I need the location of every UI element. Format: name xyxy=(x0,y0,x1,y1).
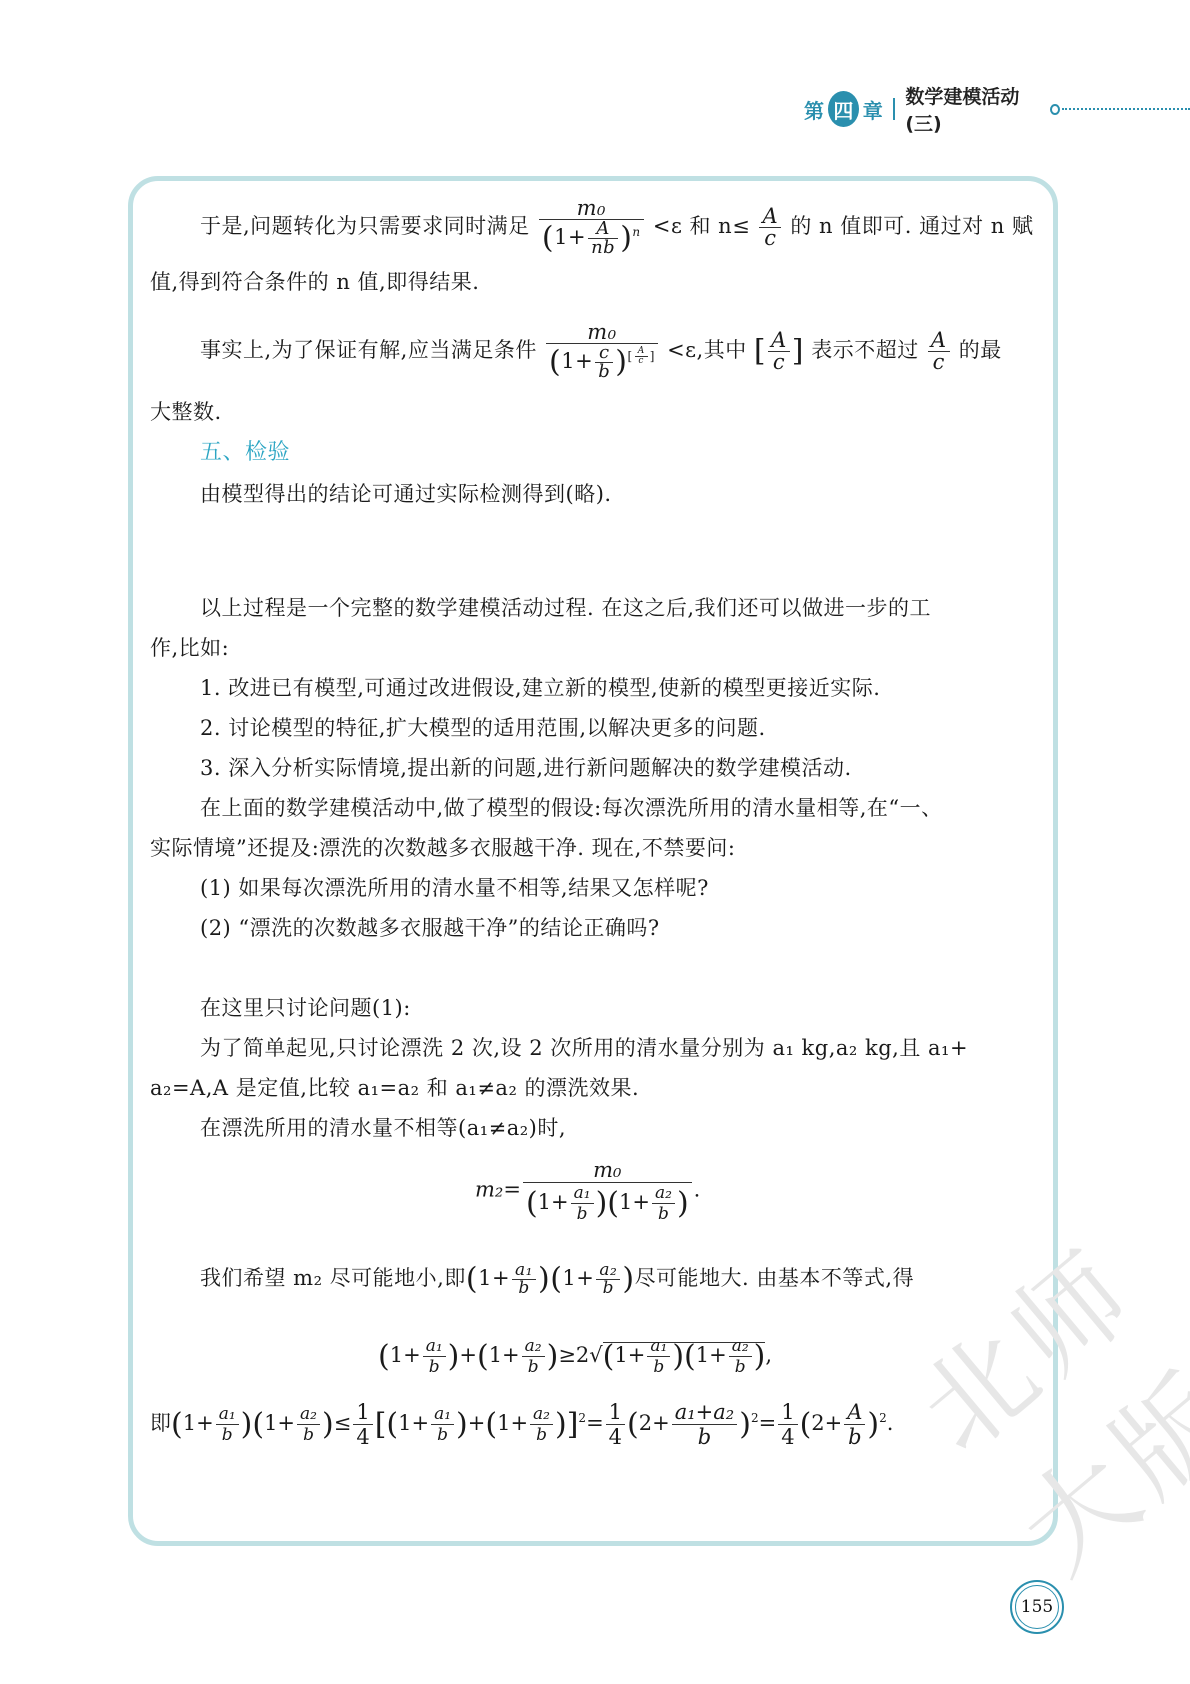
b: b xyxy=(577,1204,588,1224)
paragraph-1: 于是,问题转化为只需要求同时满足 m₀ (1+Anb)n <ε 和 n≤ A c… xyxy=(200,198,1033,257)
header-dot-icon xyxy=(1050,104,1060,115)
A: A xyxy=(931,328,947,352)
a1: a₁ xyxy=(219,1404,236,1424)
fraction-condition: m₀ (1+cb)[Ac] xyxy=(546,322,658,381)
a2: a₂ xyxy=(533,1404,550,1424)
A: A xyxy=(596,218,610,239)
paragraph-5: 在这里只讨论问题(1): xyxy=(200,998,411,1019)
page-number-badge: 155 xyxy=(1010,1580,1064,1634)
paragraph-3-line-2: 作,比如: xyxy=(150,638,229,659)
a2: a₂ xyxy=(655,1183,672,1203)
text: 即 xyxy=(150,1411,171,1435)
formula-final: 即(1+a₁b)(1+a₂b)≤14[(1+a₁b)+(1+a₂b)]2=14(… xyxy=(150,1400,893,1449)
b: b xyxy=(222,1425,233,1445)
c: c xyxy=(599,342,610,363)
paragraph-4-line-1: 在上面的数学建模活动中,做了模型的假设:每次漂洗所用的清水量相等,在“一、 xyxy=(200,798,943,819)
paragraph-6-line-2: a₂=A,A 是定值,比较 a₁=a₂ 和 a₁≠a₂ 的漂洗效果. xyxy=(150,1078,639,1099)
header-divider xyxy=(893,98,896,120)
text: 我们希望 m₂ 尽可能地小,即 xyxy=(200,1266,466,1290)
b: b xyxy=(848,1425,861,1449)
b: b xyxy=(603,1278,614,1298)
chapter-title: 数学建模活动(三) xyxy=(905,82,1034,136)
b: b xyxy=(658,1204,669,1224)
paragraph-8: 我们希望 m₂ 尽可能地小,即(1+a₁b)(1+a₂b)尽可能地大. 由基本不… xyxy=(200,1262,914,1297)
paragraph-2: 事实上,为了保证有解,应当满足条件 m₀ (1+cb)[Ac] <ε,其中 [A… xyxy=(200,322,1002,381)
b: b xyxy=(528,1357,539,1377)
b: b xyxy=(735,1357,746,1377)
a2: a₂ xyxy=(732,1336,749,1356)
n-exponent: n xyxy=(632,225,640,239)
fraction-A-over-c: Ac xyxy=(928,330,950,373)
paragraph-2-line-2: 大整数. xyxy=(150,402,222,423)
A: A xyxy=(638,346,645,356)
paragraph-7: 在漂洗所用的清水量不相等(a₁≠a₂)时, xyxy=(200,1118,566,1139)
c: c xyxy=(933,350,945,374)
m0: m₀ xyxy=(577,196,606,220)
a1: a₁ xyxy=(574,1183,591,1203)
b: b xyxy=(518,1278,529,1298)
question-item: (2) “漂洗的次数越多衣服越干净”的结论正确吗? xyxy=(200,918,660,939)
m2: m₂ xyxy=(475,1178,503,1202)
fraction-A-over-c: A c xyxy=(759,206,781,249)
paragraph-4-line-2: 实际情境”还提及:漂洗的次数越多衣服越干净. 现在,不禁要问: xyxy=(150,838,735,859)
text: 的 n 值即可. 通过对 n 赋 xyxy=(790,214,1033,238)
A: A xyxy=(762,204,778,228)
list-item: 3. 深入分析实际情境,提出新的问题,进行新问题解决的数学建模活动. xyxy=(200,758,852,779)
text: 尽可能地大. 由基本不等式,得 xyxy=(635,1266,915,1290)
a1: a₁ xyxy=(426,1336,443,1356)
text: <ε 和 n≤ xyxy=(653,214,750,238)
a1: a₁ xyxy=(515,1260,533,1280)
formula-am-gm: (1+a₁b)+(1+a₂b)≥2√(1+a₁b)(1+a₂b), xyxy=(378,1336,772,1377)
b: b xyxy=(303,1425,314,1445)
m0: m₀ xyxy=(587,320,616,344)
text: 事实上,为了保证有解,应当满足条件 xyxy=(200,338,537,362)
b: b xyxy=(698,1425,711,1449)
a2: a₂ xyxy=(599,1260,617,1280)
one: 1 xyxy=(353,1400,372,1425)
c: c xyxy=(773,350,785,374)
one: 1 xyxy=(554,225,568,249)
section-text: 由模型得出的结论可通过实际检测得到(略). xyxy=(200,484,612,505)
text: 表示不超过 xyxy=(811,338,919,362)
b: b xyxy=(653,1357,664,1377)
b: b xyxy=(598,361,610,382)
section-heading: 五、检验 xyxy=(200,442,290,464)
fraction-A-over-c: Ac xyxy=(768,330,790,373)
a1-plus-a2: a₁+a₂ xyxy=(675,1400,734,1424)
four: 4 xyxy=(353,1425,372,1449)
text: 于是,问题转化为只需要求同时满足 xyxy=(200,214,530,238)
a2: a₂ xyxy=(300,1404,317,1424)
a1: a₁ xyxy=(434,1404,451,1424)
fraction: m₀ (1+a₁b)(1+a₂b) xyxy=(523,1158,692,1224)
c: c xyxy=(764,226,776,250)
fraction-m0-over-power: m₀ (1+Anb)n xyxy=(539,198,644,257)
A: A xyxy=(771,328,787,352)
paragraph-1-line-2: 值,得到符合条件的 n 值,即得结果. xyxy=(150,272,479,293)
a1: a₁ xyxy=(650,1336,667,1356)
paragraph-6-line-1: 为了简单起见,只讨论漂洗 2 次,设 2 次所用的清水量分别为 a₁ kg,a₂… xyxy=(200,1038,968,1059)
m0: m₀ xyxy=(593,1158,621,1182)
b: b xyxy=(437,1425,448,1445)
b: b xyxy=(536,1425,547,1445)
question-item: (1) 如果每次漂洗所用的清水量不相等,结果又怎样呢? xyxy=(200,878,709,899)
formula-m2: m₂= m₀ (1+a₁b)(1+a₂b) . xyxy=(475,1158,700,1224)
A: A xyxy=(847,1400,862,1424)
b: b xyxy=(429,1357,440,1377)
c: c xyxy=(638,356,644,366)
header-dotted-line xyxy=(1062,108,1190,110)
paragraph-3-line-1: 以上过程是一个完整的数学建模活动过程. 在这之后,我们还可以做进一步的工 xyxy=(200,598,931,619)
list-item: 1. 改进已有模型,可通过改进假设,建立新的模型,使新的模型更接近实际. xyxy=(200,678,880,699)
list-item: 2. 讨论模型的特征,扩大模型的适用范围,以解决更多的问题. xyxy=(200,718,766,739)
chapter-prefix: 第 xyxy=(804,95,824,124)
a2: a₂ xyxy=(525,1336,542,1356)
nb: nb xyxy=(591,237,615,258)
page-number: 155 xyxy=(1015,1585,1059,1629)
chapter-suffix: 章 xyxy=(863,95,883,124)
chapter-number-badge: 四 xyxy=(828,91,859,127)
text: 的最 xyxy=(959,338,1002,362)
chapter-header: 第 四 章 数学建模活动(三) xyxy=(804,92,1190,126)
text: <ε,其中 xyxy=(667,338,747,362)
one: 1 xyxy=(561,349,575,373)
